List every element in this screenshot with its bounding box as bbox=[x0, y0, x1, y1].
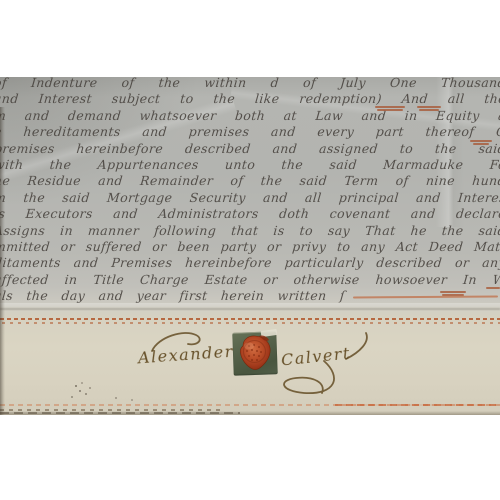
red-stitch-band bbox=[0, 318, 500, 324]
manuscript-text-block: of Indenture of the within d of July One… bbox=[0, 77, 500, 304]
manuscript-line: mmitted or suffered or been party or pri… bbox=[0, 239, 500, 255]
screenshot-root: { "window": { "background": "#ffffff" },… bbox=[0, 0, 500, 500]
fold-crease bbox=[0, 308, 500, 310]
parchment-photo: of Indenture of the within d of July One… bbox=[0, 77, 500, 415]
ink-speckles bbox=[75, 385, 77, 387]
red-underline-mark bbox=[417, 106, 441, 108]
red-underline-mark bbox=[470, 140, 492, 142]
manuscript-line: affected in Title Charge Estate or other… bbox=[0, 272, 500, 288]
manuscript-line: Assigns in manner following that is to s… bbox=[0, 223, 500, 239]
manuscript-line: ditaments and Premises hereinbefore part… bbox=[0, 255, 500, 271]
red-underline-mark bbox=[486, 287, 500, 289]
red-underline-mark bbox=[375, 106, 405, 108]
red-underline-mark bbox=[440, 291, 466, 293]
red-underline-mark bbox=[473, 143, 489, 145]
photo-edge-shadow-left bbox=[0, 107, 5, 415]
manuscript-line: of Indenture of the within d of July One… bbox=[0, 77, 500, 91]
red-underline-mark bbox=[377, 109, 403, 111]
manuscript-line: with the Appurtenances unto the said Mar… bbox=[0, 157, 500, 173]
manuscript-line: premises hereinbefore described and assi… bbox=[0, 141, 500, 157]
manuscript-line: he Residue and Remainder of the said Ter… bbox=[0, 173, 500, 189]
manuscript-line: is Executors and Administrators doth cov… bbox=[0, 206, 500, 222]
manuscript-line: e hereditaments and premises and every p… bbox=[0, 124, 500, 140]
red-underline-mark bbox=[419, 109, 439, 111]
photo-edge-shadow-bottom-dark bbox=[0, 412, 240, 414]
red-dotted-line bbox=[335, 404, 500, 406]
manuscript-line: m the said Mortgage Security and all pri… bbox=[0, 190, 500, 206]
